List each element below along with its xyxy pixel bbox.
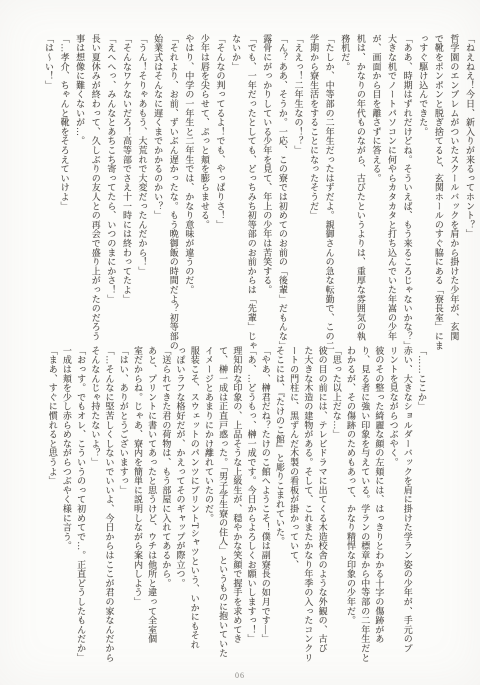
text-line: 「たしか、中等部の二年生だったはずだよ。親御さんの急な転勤で、この二 — [321, 34, 337, 354]
text-line: 「そんなの判ってるよ！でも、やっぱりさ！」 — [212, 34, 228, 354]
text-line: 「ああ、時期はずれだけどね。そういえば、もう来るころじゃないかな？」 — [399, 34, 415, 354]
text-line: わかるが、その傷跡のためもあって、かなり精悍な印象の少年だ。 — [344, 346, 358, 666]
text-line: あと、プリントに書いてあったと思うけど、ウチは他所と違って全室個 — [145, 346, 159, 666]
text-line: 「思った以上だな…」 — [330, 346, 344, 666]
text-line: 少年は唇を尖らせて、ぷっと頬を膨らませる。 — [196, 34, 212, 354]
text-line: 一成は頬を少し赤らめながらつぶやく様に言う。 — [60, 346, 74, 666]
text-line: 「それより、お前、ずいぶん遅かったな。もう晩御飯の時間だよ？初等部の — [165, 34, 181, 354]
text-line: 事は想像に難くないが…。 — [72, 34, 88, 354]
text-line: 始業式はそんなに遅くまでかかるのかい？」 — [150, 34, 166, 354]
text-line: 哲学園のエンブレムがついたスクールバックを肩から掛けた少年が、玄関 — [446, 34, 462, 354]
text-line: 理知的な印象の、上品そうな上級生が、穏やかな笑顔で握手を求めてき — [230, 346, 244, 666]
text-line: 「あ、…どうもっ、榊一成です。今日からよろしくお願いしますっ！」 — [244, 346, 258, 666]
text-line: 「送られてきた君の荷物は、もう部屋に入れてあるから。 — [159, 346, 173, 666]
text-line: 机は、かなりの年代ものながら、古びたというよりは、重厚な雰囲気の執 — [352, 34, 368, 354]
text-line: イメージとあまりにかけ離れていたのだ。 — [202, 346, 216, 666]
text-line: て、榊一成は正直戸惑った。「男子学生寮の住人」というものに抱いていた — [216, 346, 230, 666]
text-line: 長い夏休みが終わって、久しぶりの友人との再会で盛り上がったのだろう — [87, 34, 103, 354]
text-line: 「ん？ああ、そうか。一応、この寮では初めてのお前の「後輩」だもんな」 — [274, 34, 290, 354]
text-line: 「やあ、榊君だね？たけのこ館へようこそ！僕は副寮長の如月です―」 — [259, 346, 273, 666]
text-line: 服装こそ、スウェットのパンツにプリントTシャツという、いかにもそれ — [188, 346, 202, 666]
text-line: やはり、中学の一年生と二年生では、かなり意味が違うのだ。 — [181, 34, 197, 354]
text-line: 「えへへっ、みんなとあちこち寄ってたら、いつのまにかさ！」 — [103, 34, 119, 354]
text-line: 「まあ、すぐに慣れると思うよ」 — [46, 346, 60, 666]
text-line: 大きな机でノートパソコンに何やらカタカタと打ち込んでいた年嵩の少年 — [383, 34, 399, 354]
bottom-text-block: 「……ここか」赤い、大きなショルダーバックを肩に掛けた学ラン姿の少年が、手元のプ… — [46, 346, 429, 666]
text-line: そこには、『たけのこ館』と彫りこまれていた。 — [273, 346, 287, 666]
page-number: 06 — [0, 671, 480, 680]
text-line: 「おっす。でもオレ、こういうのって初めてで…。正直どうしたもんだか」 — [74, 346, 88, 666]
text-line: っぽいラフな格好だが、かえってそのギャップが際立つ。 — [173, 346, 187, 666]
text-line: 彼のその整った綺麗な顔の左頬には、はっきりとわかる十字の傷跡があ — [372, 346, 386, 666]
text-line: 「うん！そりゃあもう、大荒れで大変だったんだから！」 — [134, 34, 150, 354]
text-line: 「は〜い！」 — [40, 34, 56, 354]
text-line: 務机だ。 — [337, 34, 353, 354]
text-line: が、画面から目を離さずに答える。 — [368, 34, 384, 354]
text-line: 「そんなワケないだろ！高等部でさえ十一時には終わってたよ」 — [118, 34, 134, 354]
text-line: 「はい、ありがとうございますっ」 — [117, 346, 131, 666]
text-line: ートの門柱に、黒ずんだ木製の看板が掛かっていて、 — [287, 346, 301, 666]
text-line: っすぐ駆け込んできた。 — [415, 34, 431, 354]
text-line: た大きな木造の建物がある。そして、これまたかなり年季の入ったコンクリ — [301, 346, 315, 666]
text-line: そんなんじゃ持たないよ？」 — [88, 346, 102, 666]
text-line: り、見る者に強い印象を与えている。学ランの標章から中等部の二年生だと — [358, 346, 372, 666]
text-line: で靴をポンポンと脱ぎ捨てると、玄関ホールのすぐ脇にある「寮長室」にま — [430, 34, 446, 354]
text-line: 室だからね。じゃあ、寮内を簡単に説明しながら案内しよう」 — [131, 346, 145, 666]
text-line: ないか」 — [228, 34, 244, 354]
text-line: 「……ここか」 — [415, 346, 429, 666]
text-line: 「…そんなに堅苦しくしないでいいよ、今日からはここが君の家なんだから — [102, 346, 116, 666]
scanned-novel-page: 「ねえねえ！今日、新入りが来るってホント？」哲学園のエンブレムがついたスクールバ… — [0, 0, 480, 685]
text-line: 「でも、一年だったとしても、どっちみち初等部のお前からは「先輩」じゃ — [243, 34, 259, 354]
text-line: リントを見ながらつぶやく。 — [386, 346, 400, 666]
text-line: 学期から寮生活をすることになったそうだ」 — [305, 34, 321, 354]
text-line: 赤い、大きなショルダーバックを肩に掛けた学ラン姿の少年が、手元のプ — [401, 346, 415, 666]
text-line: 露骨にがっかりしている少年を見て、年上の少年は苦笑する。 — [259, 34, 275, 354]
text-line: 「ねえねえ！今日、新入りが来るってホント？」 — [461, 34, 477, 354]
top-text-block: 「ねえねえ！今日、新入りが来るってホント？」哲学園のエンブレムがついたスクールバ… — [40, 34, 477, 354]
text-line: 彼の目の前には、テレビドラマに出てくる木造校舎のような外観の、古び — [315, 346, 329, 666]
text-line: 「…孝介、ちゃんと靴をそろえていけよ」 — [56, 34, 72, 354]
text-line: 「ええっ！二年生なの！？」 — [290, 34, 306, 354]
